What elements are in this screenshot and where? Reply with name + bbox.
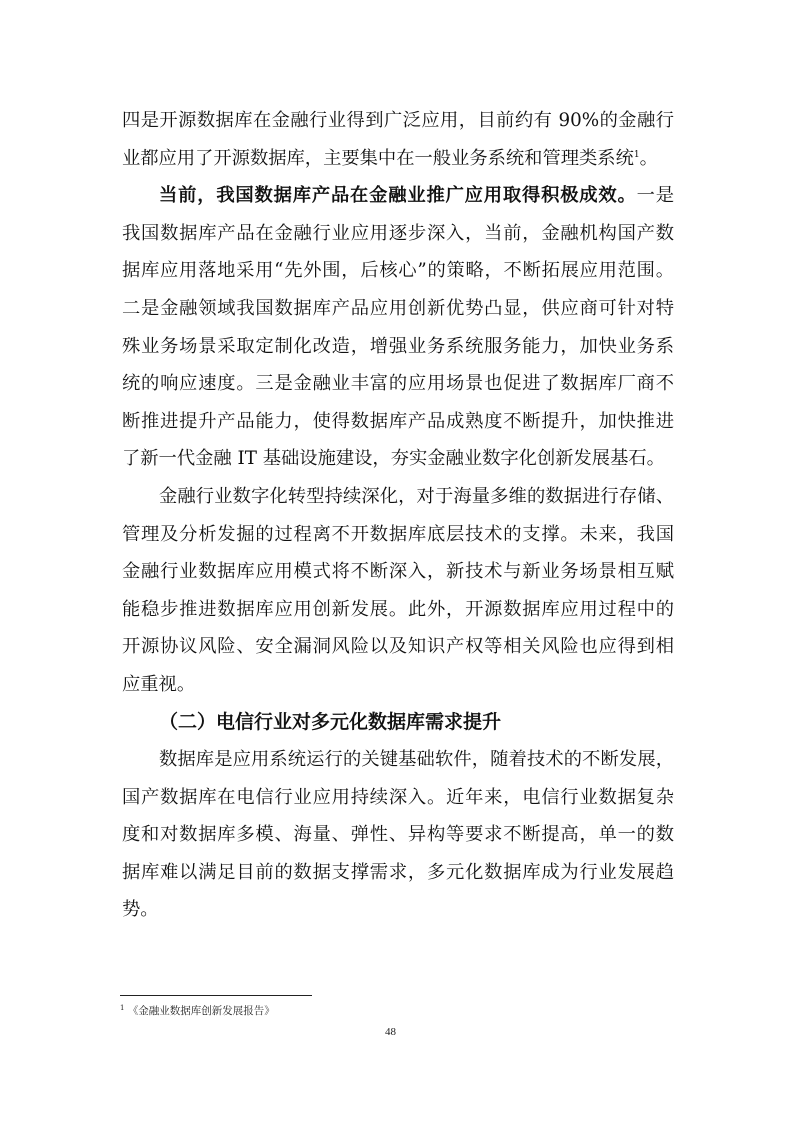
body-text: 四是开源数据库在金融行业得到广泛应用，目前约有 90%的金融行 业都应用了开源数… bbox=[122, 102, 674, 929]
text-line: 我国数据库产品在金融行业应用逐步深入，当前，金融机构国产数 bbox=[122, 215, 674, 253]
text-line: 管理及分析发掘的过程离不开数据库底层技术的支撑。未来，我国 bbox=[122, 516, 674, 554]
text-line: 国产数据库在电信行业应用持续深入。近年来，电信行业数据复杂 bbox=[122, 779, 674, 817]
text-line: 二是金融领域我国数据库产品应用创新优势凸显，供应商可针对特 bbox=[122, 290, 674, 328]
bold-lead: 当前，我国数据库产品在金融业推广应用取得积极成效。 bbox=[159, 185, 637, 206]
page-number: 48 bbox=[385, 1026, 396, 1038]
footnote-number: 1 bbox=[120, 1004, 124, 1012]
text-line: 金融行业数字化转型持续深化，对于海量多维的数据进行存储、 bbox=[122, 478, 674, 516]
text-line: 据库难以满足目前的数据支撑需求，多元化数据库成为行业发展趋 bbox=[122, 854, 674, 892]
text-line: 势。 bbox=[122, 891, 674, 929]
text-span: 业都应用了开源数据库，主要集中在一般业务系统和管理类系统 bbox=[122, 148, 634, 169]
text-line: 业都应用了开源数据库，主要集中在一般业务系统和管理类系统1。 bbox=[122, 140, 674, 178]
text-line: 当前，我国数据库产品在金融业推广应用取得积极成效。一是 bbox=[122, 177, 674, 215]
footnote-text: 《金融业数据库创新发展报告》 bbox=[128, 1005, 275, 1017]
text-line: 数据库是应用系统运行的关键基础软件，随着技术的不断发展， bbox=[122, 741, 674, 779]
footnote-separator bbox=[120, 995, 312, 996]
text-line: 四是开源数据库在金融行业得到广泛应用，目前约有 90%的金融行 bbox=[122, 102, 674, 140]
footnote: 1 《金融业数据库创新发展报告》 bbox=[120, 1003, 275, 1018]
text-span: 。 bbox=[640, 148, 658, 169]
text-span: 一是 bbox=[637, 185, 674, 206]
document-page: 四是开源数据库在金融行业得到广泛应用，目前约有 90%的金融行 业都应用了开源数… bbox=[0, 0, 793, 1122]
text-line: 度和对数据库多模、海量、弹性、异构等要求不断提高，单一的数 bbox=[122, 816, 674, 854]
text-line: 了新一代金融 IT 基础设施建设，夯实金融业数字化创新发展基石。 bbox=[122, 440, 674, 478]
text-line: 殊业务场景采取定制化改造，增强业务系统服务能力，加快业务系 bbox=[122, 328, 674, 366]
text-line: 断推进提升产品能力，使得数据库产品成熟度不断提升，加快推进 bbox=[122, 403, 674, 441]
text-line: 统的响应速度。三是金融业丰富的应用场景也促进了数据库厂商不 bbox=[122, 365, 674, 403]
text-line: 应重视。 bbox=[122, 666, 674, 704]
section-heading: （二）电信行业对多元化数据库需求提升 bbox=[122, 704, 674, 742]
text-line: 开源协议风险、安全漏洞风险以及知识产权等相关风险也应得到相 bbox=[122, 628, 674, 666]
text-line: 据库应用落地采用“先外围，后核心”的策略，不断拓展应用范围。 bbox=[122, 252, 674, 290]
text-line: 能稳步推进数据库应用创新发展。此外，开源数据库应用过程中的 bbox=[122, 591, 674, 629]
text-line: 金融行业数据库应用模式将不断深入，新技术与新业务场景相互赋 bbox=[122, 553, 674, 591]
